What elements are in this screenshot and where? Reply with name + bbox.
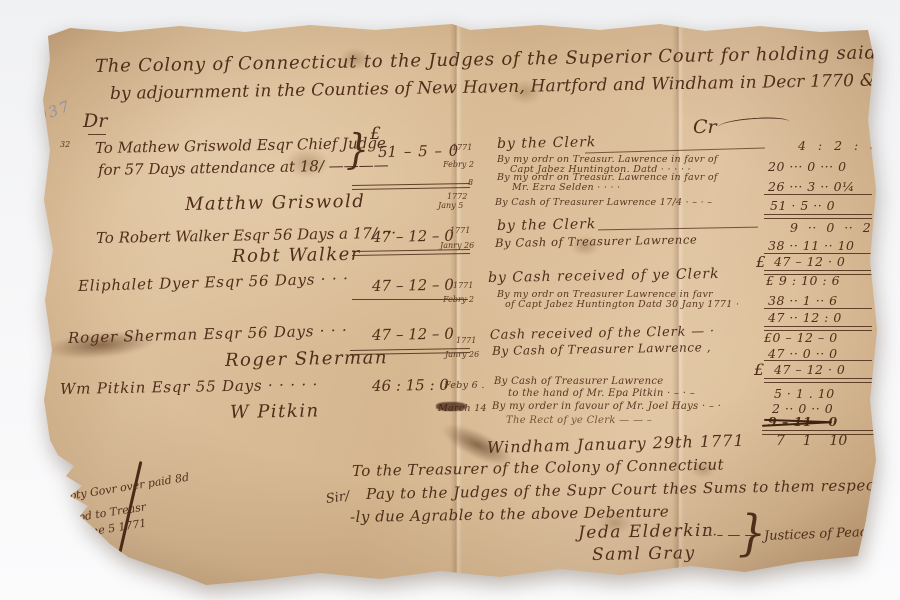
credit-b2-r1-amount: 9 ·· 0 ·· 2 [790,220,871,235]
debit-griswold-line2: for 57 Days attendance at 18/ ———— [98,156,389,179]
credit-b1-r4-text: By Cash of Treasurer Lawrence 17/4 · – ·… [495,197,712,208]
credit-b3-r1-text: by Cash received of ye Clerk [488,266,720,286]
signature-gray: Saml Gray [592,543,696,565]
credit-b1-r1-amount: 4 : 2 : 8 [798,138,879,153]
credit-rule [764,194,872,195]
credit-b3-r2-amount: 38 ·· 1 ·· 6 [768,293,838,308]
credit-total-rule [764,378,874,383]
clerk-dash-line [598,227,758,231]
credit-b2-year: 1771 [450,226,470,235]
debit-dyer-amount: 47 – 12 – 0 [372,276,454,295]
amount-rule [352,249,470,256]
credit-b1-r3-date: 8 [468,178,473,187]
credit-b5-r1-amount: 5 · 1 . 10 [774,386,835,401]
credit-b1-r2-date: Febry 2 [443,160,474,169]
dateline: Windham January 29th 1771 [487,431,745,457]
pound-sign: £ [756,253,766,271]
pencil-number: 937 [35,97,74,126]
credit-rule [764,360,872,361]
pound-sign: £ [754,360,764,379]
order-line-1: Pay to the Judges of the Supr Court thes… [366,475,900,503]
cr-flourish [718,116,791,134]
credit-b4-r2-text: By Cash of Treasurer Lawrence , [492,340,711,358]
credit-b3-total-amount: 47 ·· 12 : 0 [768,310,842,325]
debit-pitkin-amount: 46 : 15 : 0 [372,376,449,395]
credit-b2-r1-text: by the Clerk [497,216,597,234]
credit-b1-r4-year: 1772 [447,192,467,201]
credit-b3-r1-amount: £ 9 : 10 : 6 [766,273,840,288]
signature-elderkin: Jeda Elderkin [578,521,715,543]
debit-griswold-amount: 51 – 5 – 0 [378,142,459,161]
address-line: To the Treasurer of the Colony of Connec… [352,456,724,480]
dr-underline [88,134,106,135]
debit-dyer-line1: Eliphalet Dyer Esqr 56 Days · · · [78,269,349,295]
debit-sherman-line1: Roger Sherman Esqr 56 Days · · · [68,321,348,347]
credit-b2-r2-text: By Cash of Treasurer Lawrence [495,232,698,250]
debit-griswold-line1: To Mathew Griswold Esqr Chief Judge [95,134,386,157]
signature-sherman: Roger Sherman [225,347,388,371]
credit-b1-r3-amount: 26 ··· 3 ·· 0¼ [768,179,855,194]
credit-b5-r2-date: March 14 [438,403,487,414]
credit-b1-r1-text: by the Clerk [497,134,597,152]
debit-pitkin-line1: Wm Pitkin Esqr 55 Days · · · · · [60,375,318,398]
clerk-dash-line [585,147,765,153]
credit-b5-r1-text1: By Cash of Treasurer Lawrence [494,376,664,387]
credit-b4-r1-amount: £0 – 12 – 0 [764,330,838,345]
manuscript-paper: 937 32 The Colony of Connecticut to the … [0,0,900,600]
debit-column-label: Dr [83,110,107,132]
credit-b4-r2-amount: 47 ·· 0 ·· 0 [768,346,838,361]
credit-column-label: Cr [693,116,717,138]
cancellation-hook [109,552,138,572]
credit-b1-total-amount: 51 · 5 ·· 0 [770,198,835,213]
credit-b5-r2-text: By my order in favour of Mr. Joel Hays ·… [492,401,721,412]
credit-b3-r2-date: Febry 2 [443,295,474,304]
margin-mark: 32 [60,140,70,149]
credit-b4-r2-date: Janry 26 [445,350,479,359]
amount-rule [352,183,470,190]
credit-b3-year: 1771 [453,281,473,290]
sir-salutation: Sir/ [325,489,351,507]
credit-b5-r3-text: The Rect of ye Clerk — — – [506,415,652,426]
justices-label: Justices of Peace [764,525,875,544]
credit-b1-r4-date: Jany 5 [438,201,463,210]
credit-b5-r1-text2: to the hand of Mr. Epa Pitkin · – · – [508,388,695,399]
signature-walker: Robt Walker [232,244,361,267]
credit-b2-r2-date: Janry 26 [440,241,474,250]
credit-b4-year: 1771 [456,336,476,345]
credit-b2-total-amount: 47 – 12 · 0 [774,254,845,269]
credit-rule [764,308,872,309]
credit-b1-year: 1771 [452,143,472,152]
credit-total-rule [764,214,872,219]
credit-b1-r2-amount: 20 ··· 0 ··· 0 [768,159,847,174]
debit-sherman-amount: 47 – 12 – 0 [372,325,454,344]
justices-brace: } [738,505,766,561]
paper-shadow: 937 32 The Colony of Connecticut to the … [0,0,900,600]
signature-griswold: Matthw Griswold [185,191,366,215]
photograph-of-document: 937 32 The Colony of Connecticut to the … [0,0,900,600]
treasurer-note-line1: Depty Govr over paid 8d [53,471,190,505]
credit-b4-total-amount: 47 – 12 · 0 [774,362,845,377]
credit-b1-r3-text2: Mr. Ezra Selden · · · · [512,182,620,193]
credit-b5-r1-date: Feby 6 . [444,380,485,391]
credit-b5-final-amount: 7 1 10 [776,433,847,449]
credit-b3-r2-text2: of Capt Jabez Huntington Datd 30 Jany 17… [505,299,739,310]
signature-pitkin: W Pitkin [230,400,320,423]
credit-b2-r2-amount: 38 ·· 11 ·· 10 [768,238,855,253]
